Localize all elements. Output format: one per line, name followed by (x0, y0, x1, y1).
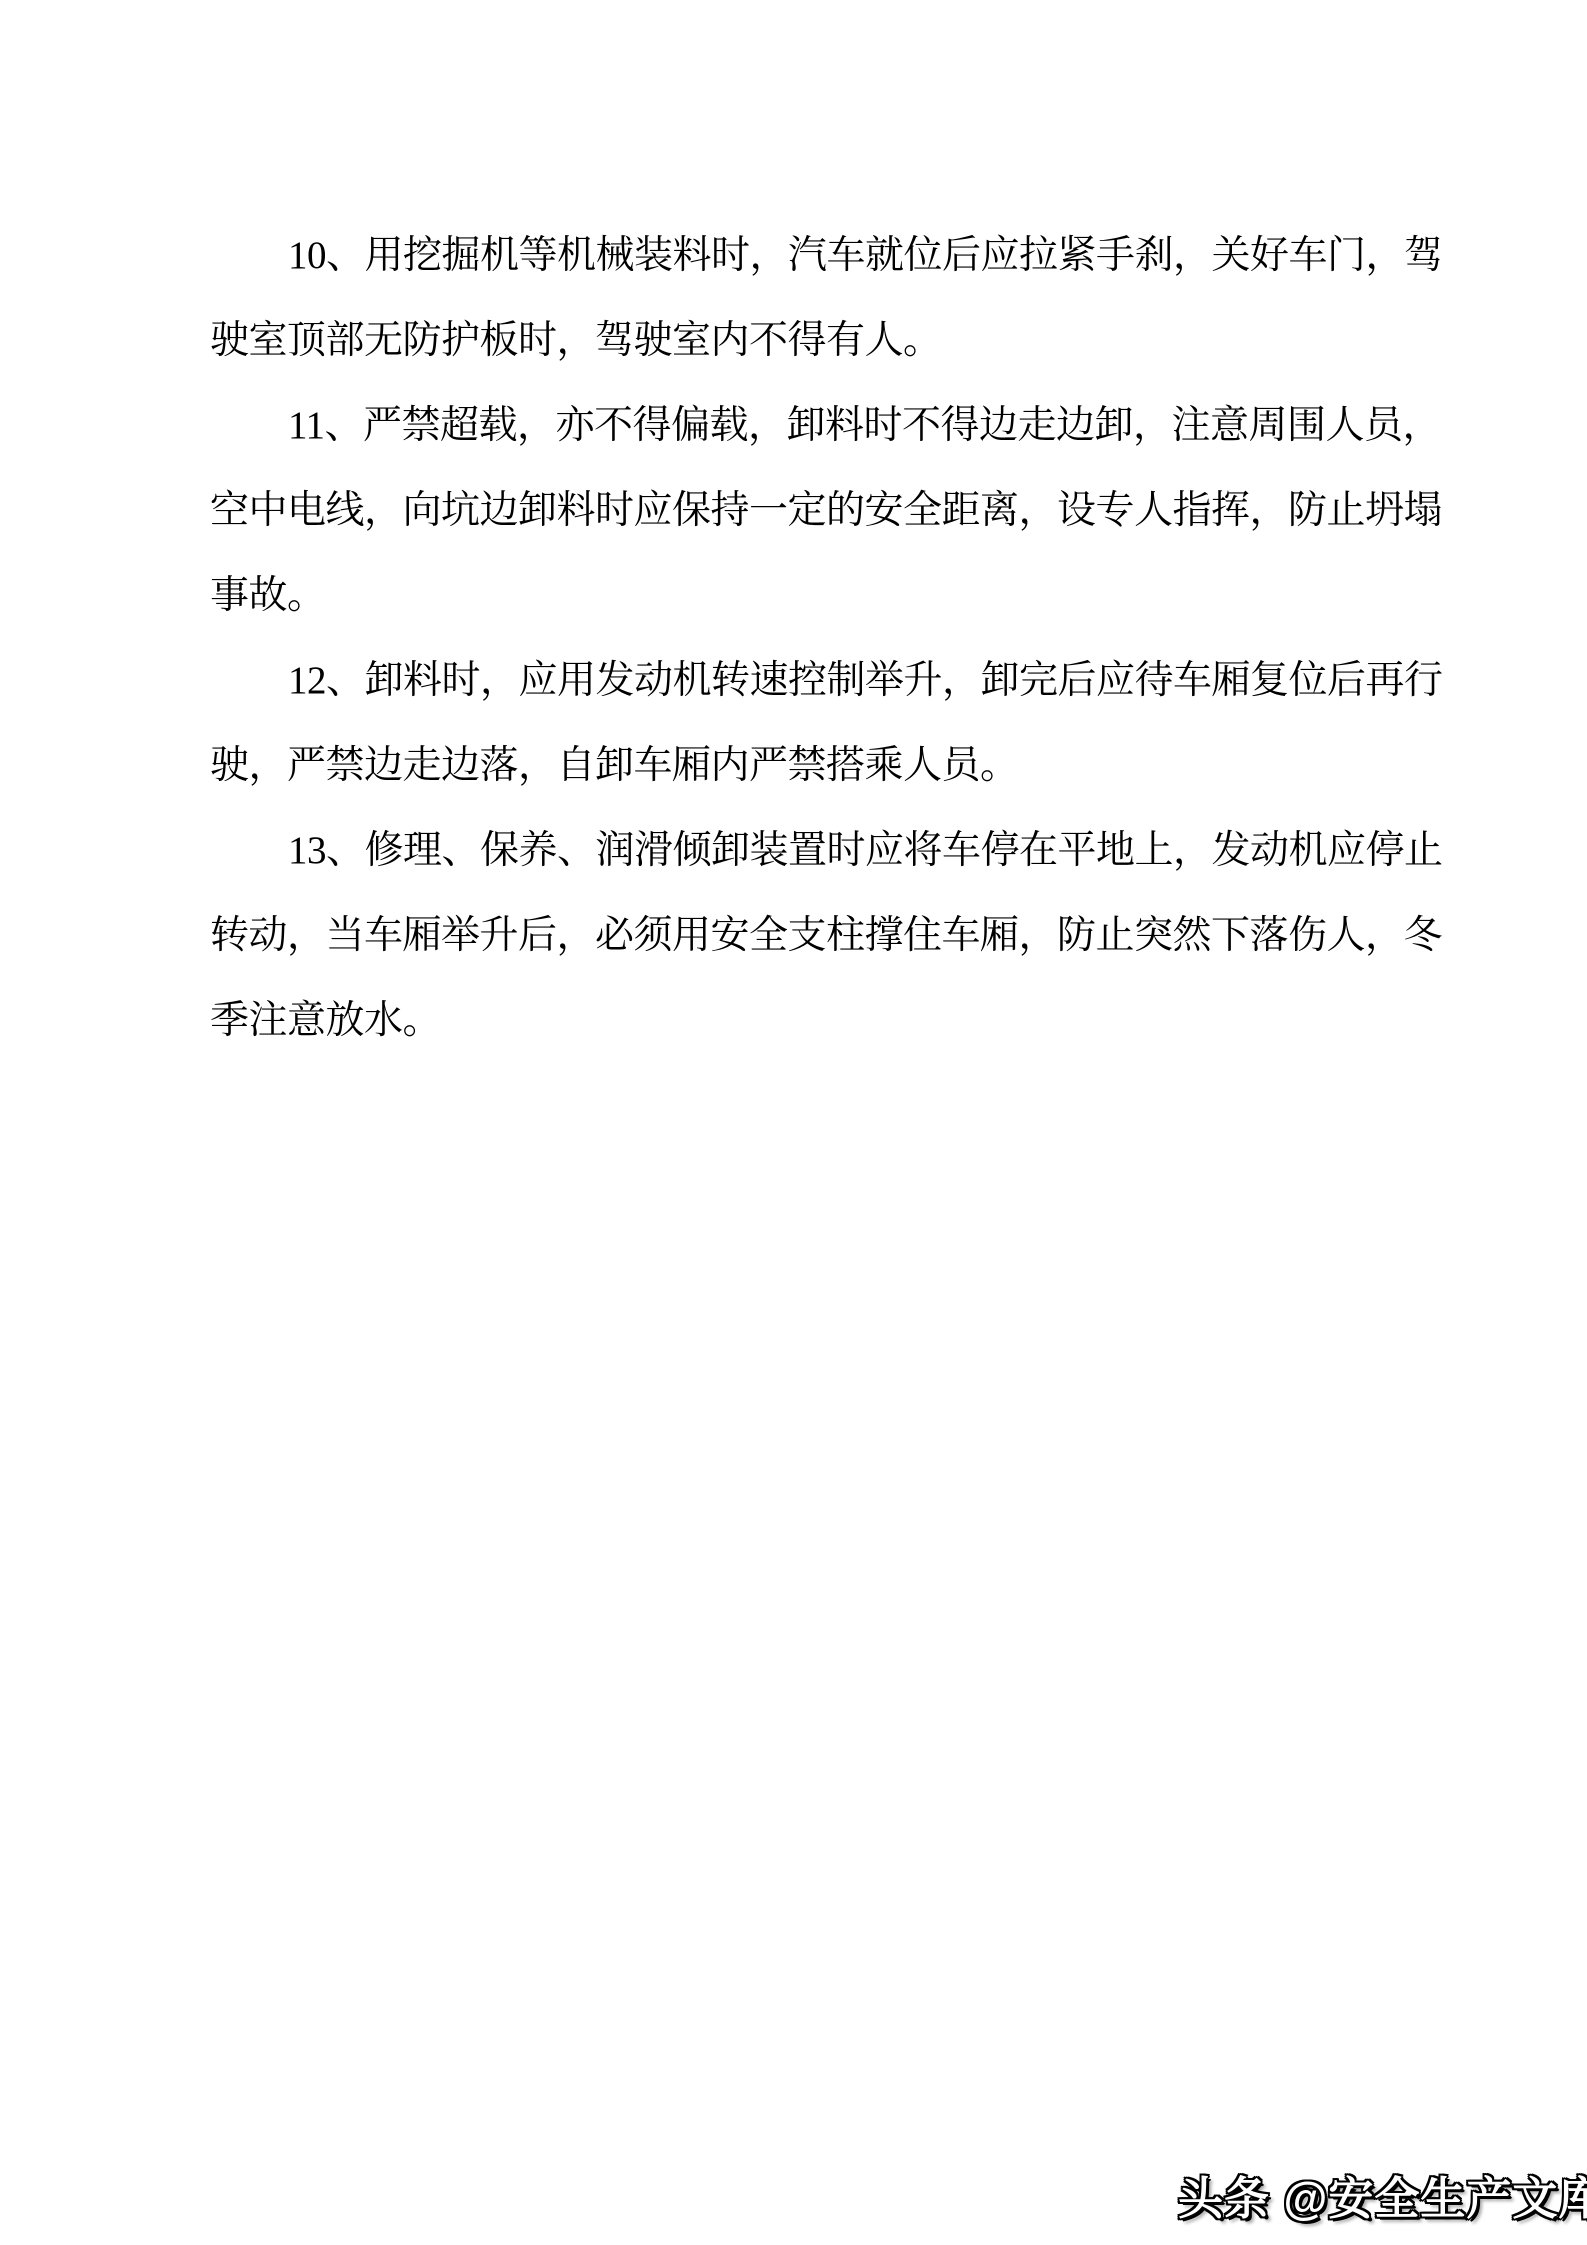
text-line: 驶室顶部无防护板时，驾驶室内不得有人。 (210, 298, 1470, 383)
text-line: 12、卸料时，应用发动机转速控制举升，卸完后应待车厢复位后再行 (210, 638, 1470, 723)
text-line: 空中电线，向坑边卸料时应保持一定的安全距离，设专人指挥，防止坍塌 (210, 468, 1470, 553)
paragraph-item-11: 11、严禁超载，亦不得偏载，卸料时不得边走边卸，注意周围人员， 空中电线，向坑边… (210, 383, 1470, 638)
document-body: 10、用挖掘机等机械装料时，汽车就位后应拉紧手刹，关好车门，驾 驶室顶部无防护板… (210, 213, 1470, 1063)
text-line: 事故。 (210, 553, 1470, 638)
text-line: 11、严禁超载，亦不得偏载，卸料时不得边走边卸，注意周围人员， (210, 383, 1470, 468)
text-line: 10、用挖掘机等机械装料时，汽车就位后应拉紧手刹，关好车门，驾 (210, 213, 1470, 298)
text-line: 驶，严禁边走边落，自卸车厢内严禁搭乘人员。 (210, 723, 1470, 808)
paragraph-item-13: 13、修理、保养、润滑倾卸装置时应将车停在平地上，发动机应停止 转动，当车厢举升… (210, 808, 1470, 1063)
paragraph-item-12: 12、卸料时，应用发动机转速控制举升，卸完后应待车厢复位后再行 驶，严禁边走边落… (210, 638, 1470, 808)
paragraph-item-10: 10、用挖掘机等机械装料时，汽车就位后应拉紧手刹，关好车门，驾 驶室顶部无防护板… (210, 213, 1470, 383)
text-line: 转动，当车厢举升后，必须用安全支柱撑住车厢，防止突然下落伤人，冬 (210, 893, 1470, 978)
text-line: 季注意放水。 (210, 978, 1470, 1063)
watermark: 头条 @安全生产文库 (1178, 2162, 1587, 2227)
text-line: 13、修理、保养、润滑倾卸装置时应将车停在平地上，发动机应停止 (210, 808, 1470, 893)
document-page: { "page": { "background": "#ffffff", "te… (0, 0, 1587, 2245)
